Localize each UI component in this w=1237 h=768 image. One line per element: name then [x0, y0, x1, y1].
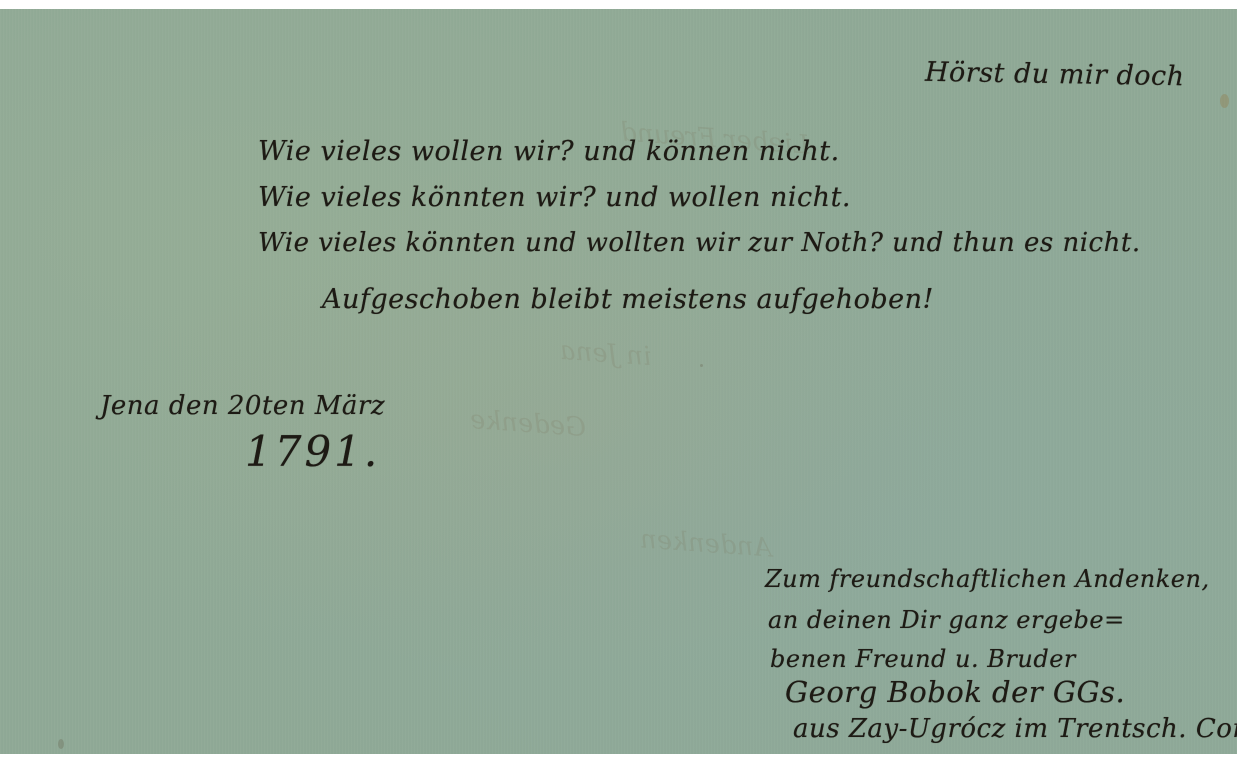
verse-line-3: Wie vieles könnten und wollten wir zur N…	[258, 228, 1141, 258]
paper-stain	[700, 364, 703, 367]
paper-stain	[58, 739, 64, 749]
bleed-through-text: in Jena	[559, 336, 652, 372]
year: 1791.	[245, 427, 380, 476]
dedication-line-3: benen Freund u. Bruder	[770, 645, 1076, 673]
bleed-through-text: Gedenke	[469, 405, 587, 443]
verse-line-2: Wie vieles könnten wir? und wollen nicht…	[258, 182, 851, 213]
signature-name: Georg Bobok der GGs.	[785, 675, 1125, 709]
bleed-through-text: Andenken	[639, 524, 773, 563]
signature-origin: aus Zay-Ugrócz im Trentsch. Com.	[793, 714, 1237, 744]
place-date: Jena den 20ten März	[100, 391, 385, 421]
dedication-line-2: an deinen Dir ganz ergebe=	[768, 606, 1125, 634]
dedication-line-1: Zum freundschaftlichen Andenken,	[765, 565, 1210, 593]
verse-line-4: Aufgeschoben bleibt meistens aufgehoben!	[322, 284, 934, 315]
manuscript-page: Lieber Freund in Jena Gedenke Andenken H…	[0, 9, 1237, 754]
motto: Hörst du mir doch	[925, 57, 1185, 93]
paper-stain	[1220, 94, 1229, 108]
verse-line-1: Wie vieles wollen wir? und können nicht.	[258, 136, 840, 167]
